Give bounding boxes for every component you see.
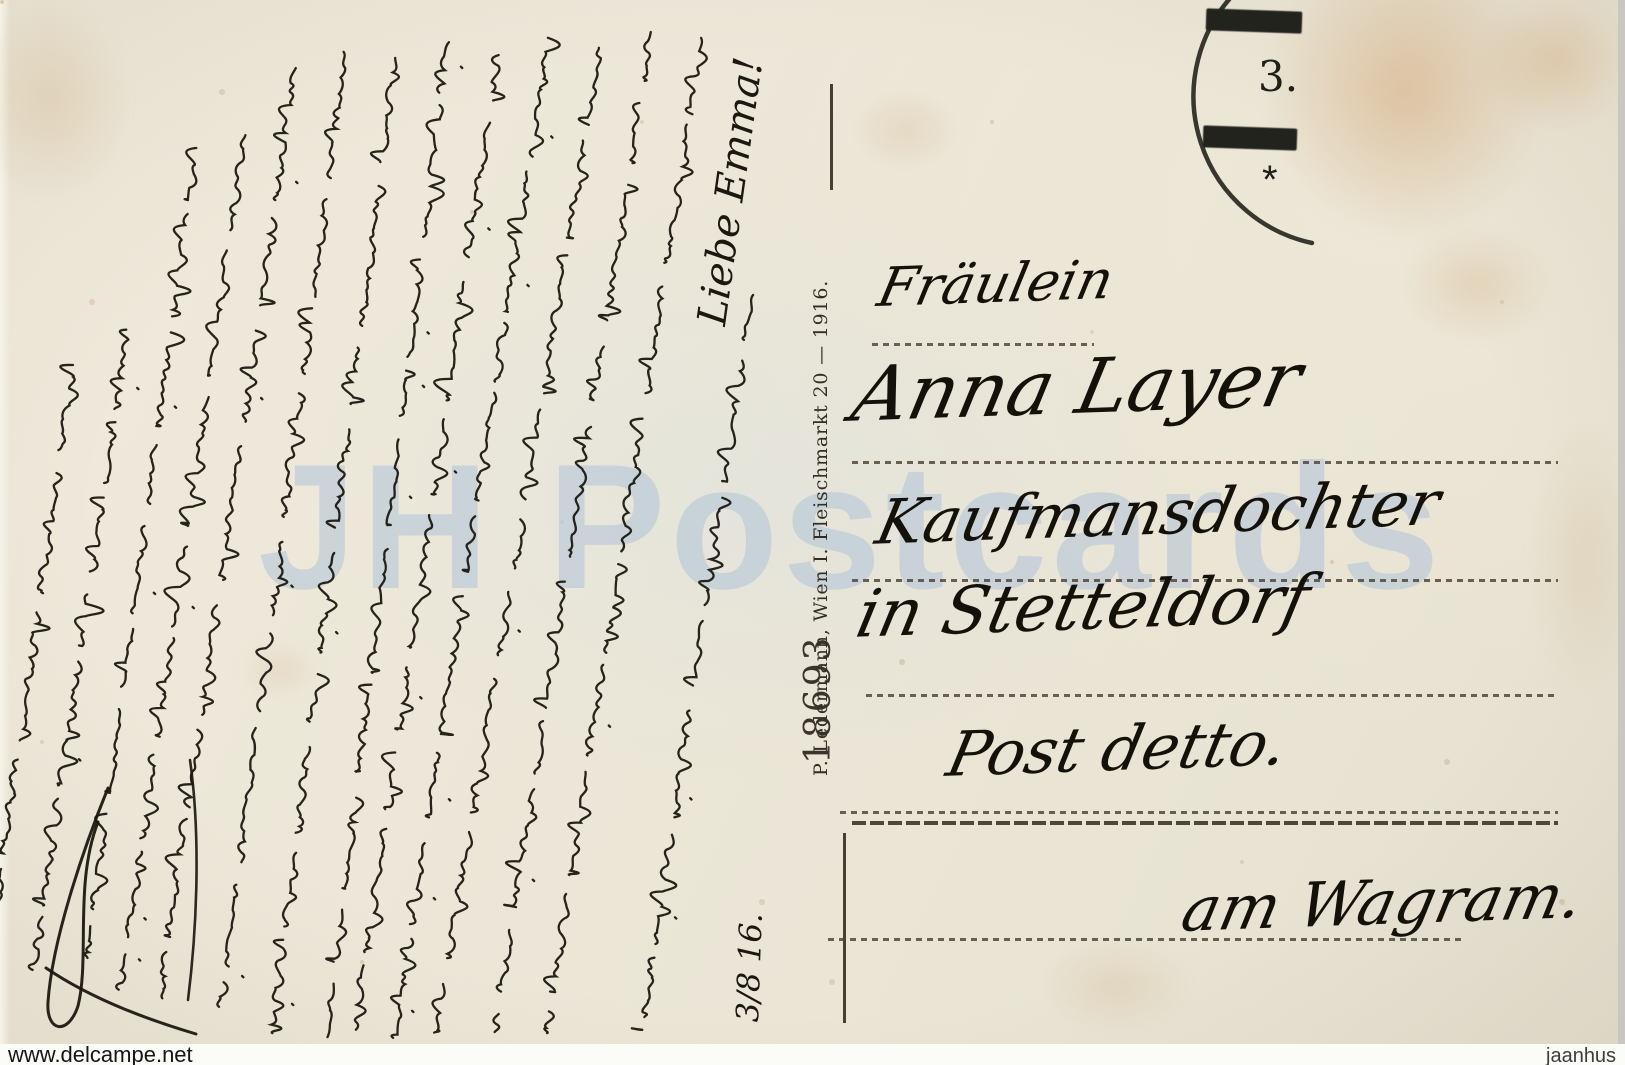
postmark-star: * (1262, 158, 1278, 203)
postmark-bar-middle (1203, 125, 1298, 150)
scan-edge-right (1618, 0, 1625, 1065)
postmark (0, 0, 1625, 1065)
postmark-day: 3. (1258, 52, 1298, 101)
scan-strip (0, 1044, 1625, 1065)
postmark-arc (1193, 0, 1312, 243)
site-watermark-bottom-right: jaanhus (1546, 1045, 1616, 1065)
site-watermark-bottom-left: www.delcampe.net (8, 1042, 193, 1065)
postcard-scan: JH Postcards 18693 P. Ledermann, Wien I.… (0, 0, 1625, 1065)
postmark-bar-top (1206, 8, 1303, 33)
